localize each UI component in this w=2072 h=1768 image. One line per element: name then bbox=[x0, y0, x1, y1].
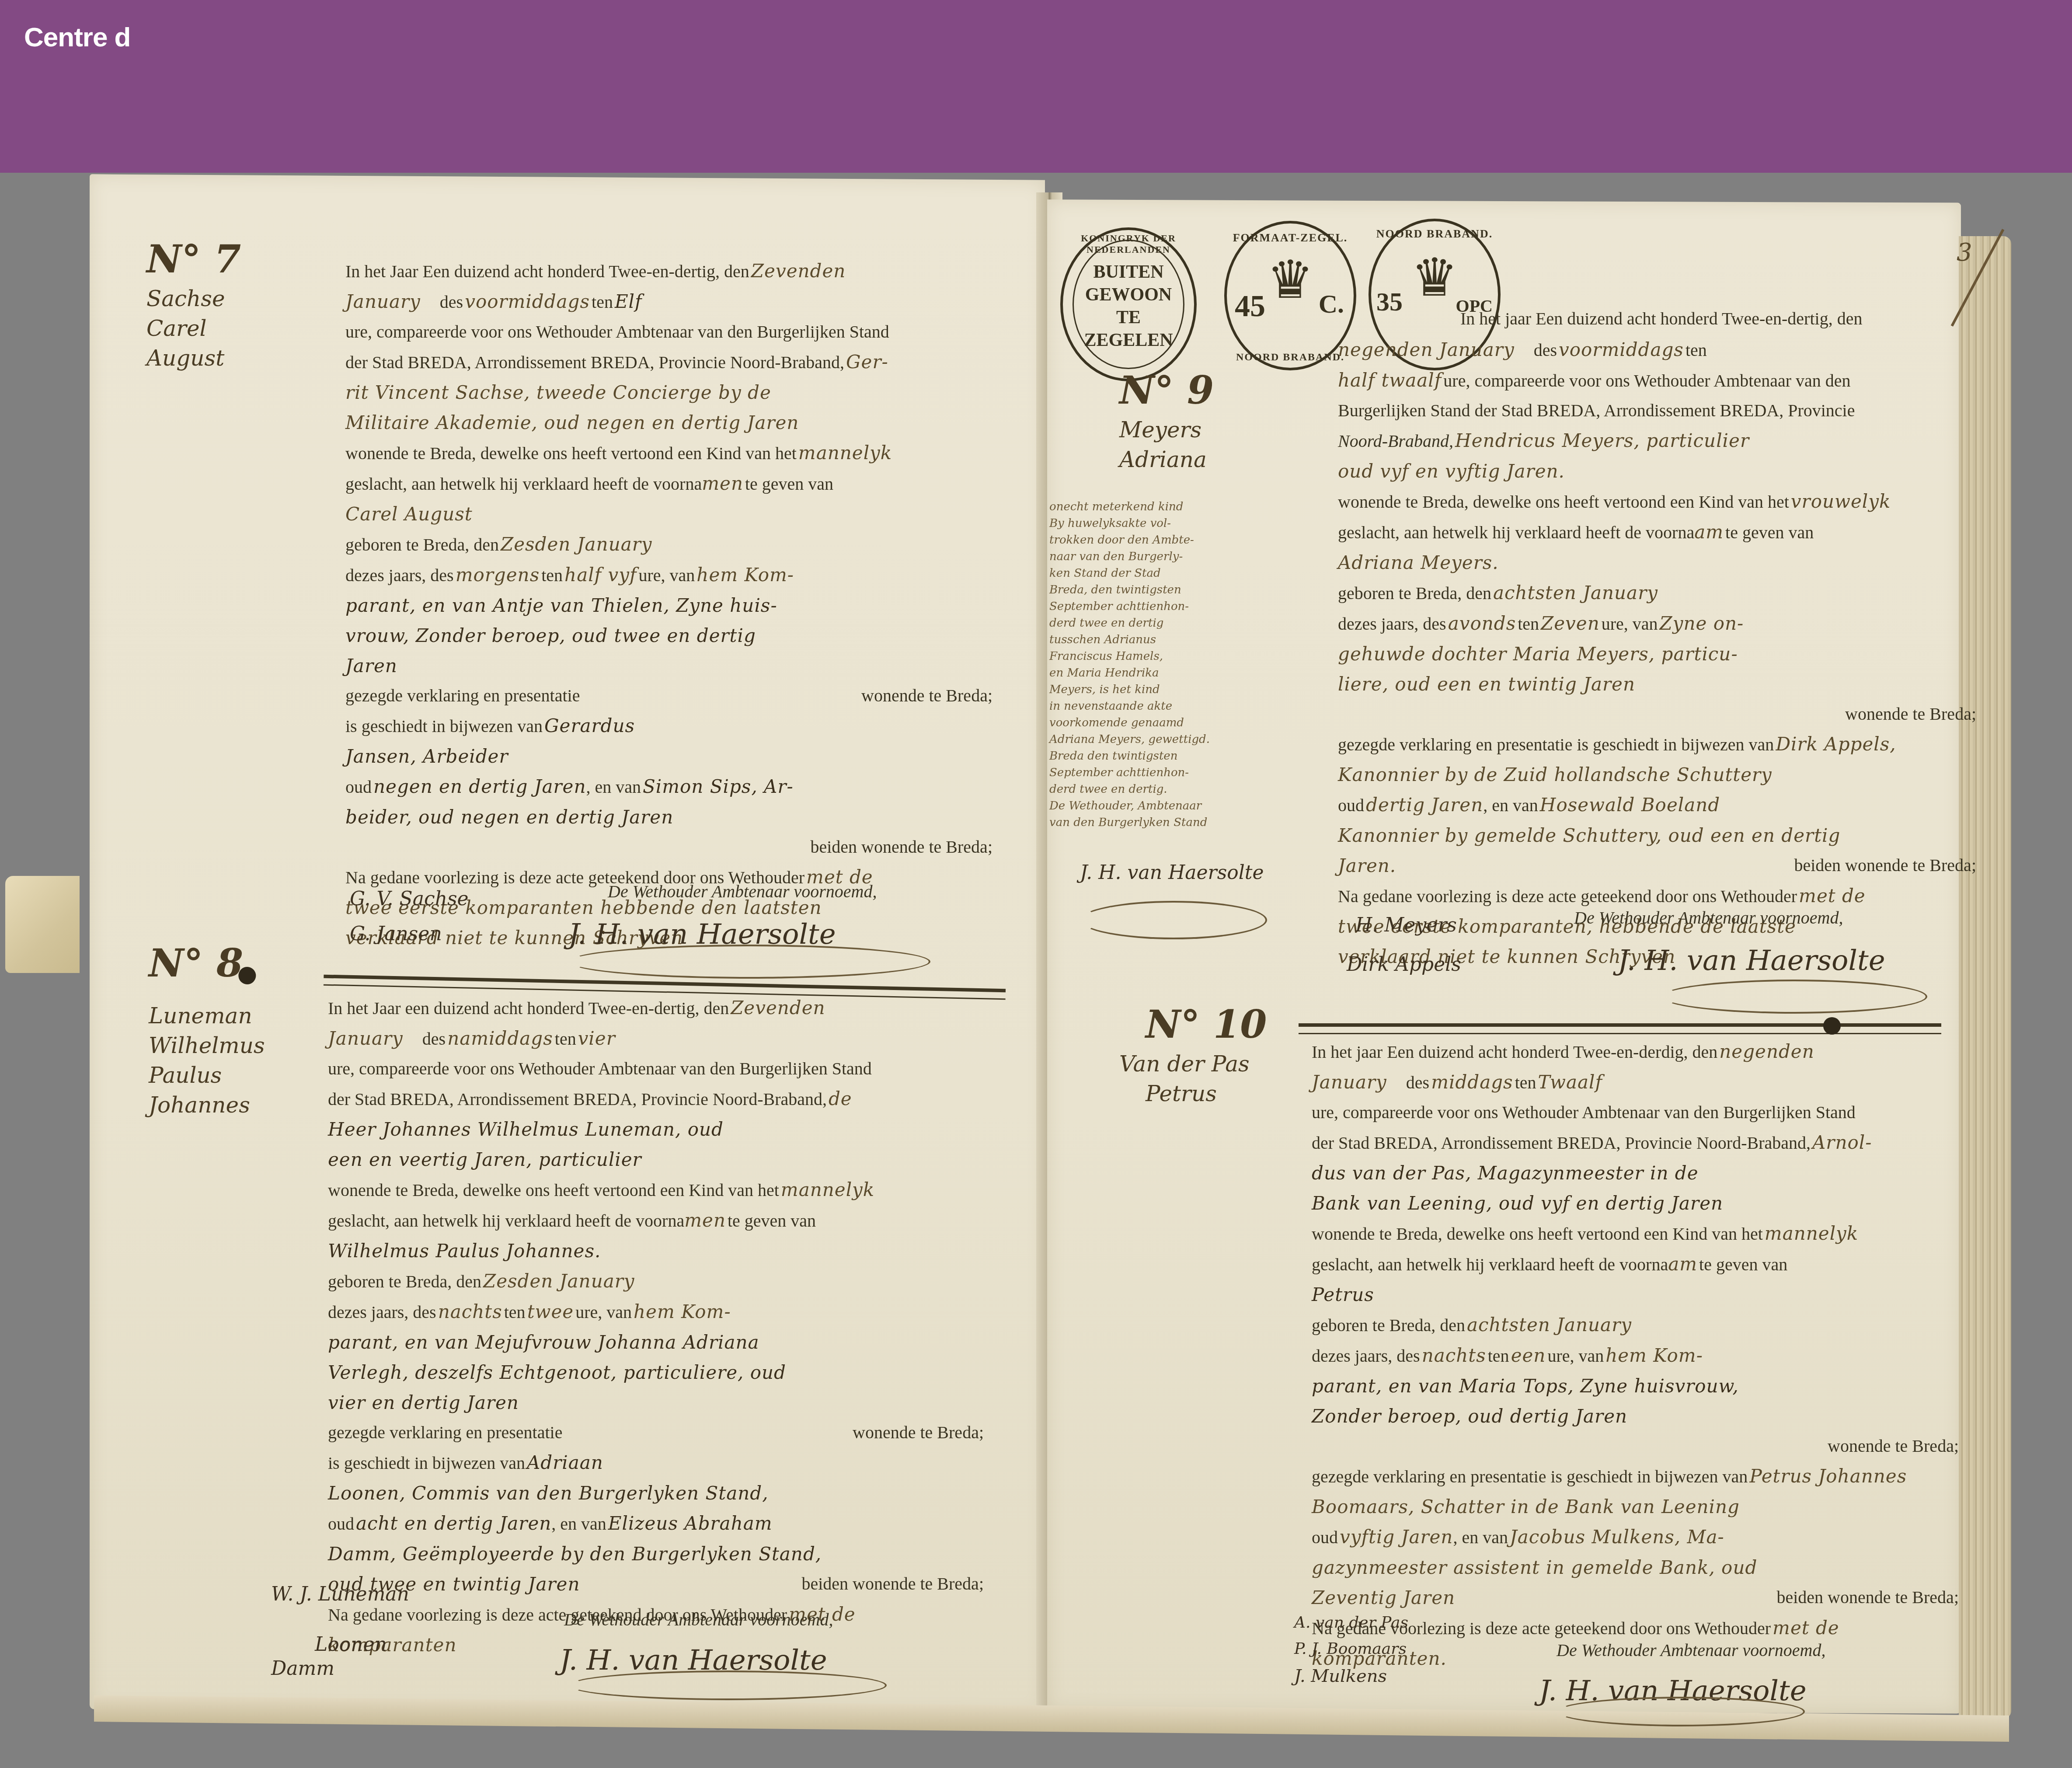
printed-text: ten bbox=[555, 1029, 576, 1049]
printed-text: des bbox=[1534, 340, 1557, 360]
handwritten-text: beider, oud negen en dertig Jaren bbox=[345, 806, 673, 828]
margin-surname: Luneman bbox=[149, 1003, 265, 1029]
printed-text: geboren te Breda, den bbox=[345, 535, 499, 554]
entry-9-header: In het jaar Een duizend acht honderd Twe… bbox=[1460, 308, 1976, 338]
handwritten-text: Kanonnier by de Zuid hollandsche Schutte… bbox=[1338, 764, 1772, 785]
printed-text: wonende te Breda; bbox=[861, 685, 992, 706]
margin-given-name: Adriana bbox=[1119, 447, 1338, 472]
printed-text: geboren te Breda, den bbox=[1312, 1315, 1465, 1335]
printed-text: Na gedane voorlezing is deze acte geteek… bbox=[1338, 886, 1797, 906]
handwritten-text: rit Vincent Sachse, tweede Concierge by … bbox=[345, 382, 771, 403]
printed-text: , en van bbox=[1453, 1527, 1508, 1547]
printed-text: te geven van bbox=[1725, 523, 1814, 542]
handwritten-text: Zeventig Jaren bbox=[1312, 1587, 1455, 1608]
handwritten-text: Zesden January bbox=[483, 1270, 635, 1292]
handwritten-text: vyftig Jaren bbox=[1340, 1526, 1453, 1548]
margin-given-name: Carel bbox=[146, 316, 241, 341]
handwritten-text: met de bbox=[1799, 885, 1866, 907]
stamp-word: TE bbox=[1063, 306, 1194, 329]
book-tab bbox=[5, 876, 80, 973]
handwritten-text: nachts bbox=[438, 1301, 502, 1322]
handwritten-text: Wilhelmus Paulus Johannes. bbox=[328, 1240, 601, 1262]
printed-text: der Stad BREDA, Arrondissement BREDA, Pr… bbox=[345, 352, 844, 372]
margin-given-name: Paulus bbox=[149, 1063, 265, 1088]
printed-text: ure, compareerde voor ons Wethouder Ambt… bbox=[1443, 371, 1850, 391]
printed-text: , en van bbox=[1483, 795, 1538, 815]
printed-text: wonende te Breda; bbox=[853, 1422, 984, 1443]
divider-dot bbox=[1823, 1017, 1841, 1035]
annotation-line: en Maria Hendrika bbox=[1049, 665, 1294, 681]
stamp-value-unit: C. bbox=[1319, 289, 1344, 319]
margin-surname: Sachse bbox=[146, 286, 241, 311]
handwritten-text: Twaalf bbox=[1538, 1071, 1603, 1093]
closing-formula: De Wethouder Ambtenaar voornoemd, bbox=[608, 881, 877, 902]
handwritten-text: negenden bbox=[1719, 1041, 1814, 1062]
signature: A. van der Pas bbox=[1294, 1614, 1408, 1632]
printed-text: Noord-Braband, bbox=[1338, 431, 1453, 451]
handwritten-text: Petrus bbox=[1312, 1284, 1374, 1305]
handwritten-text: Hendricus Meyers, particulier bbox=[1455, 430, 1749, 451]
handwritten-text: Militaire Akademie, oud negen en dertig … bbox=[345, 412, 799, 433]
signature: Dirk Appels bbox=[1347, 953, 1461, 976]
printed-text: dezes jaars, des bbox=[345, 565, 454, 585]
printed-text: des bbox=[440, 292, 463, 312]
annotation-line: Meyers, is het kind bbox=[1049, 681, 1294, 698]
printed-text: ure, compareerde voor ons Wethouder Ambt… bbox=[328, 1059, 872, 1078]
handwritten-text: Heer Johannes Wilhelmus Luneman, oud bbox=[328, 1119, 724, 1140]
printed-text: geslacht, aan hetwelk hij verklaard heef… bbox=[1312, 1255, 1668, 1274]
printed-text: ten bbox=[1518, 614, 1539, 634]
printed-text: geslacht, aan hetwelk hij verklaard heef… bbox=[345, 474, 702, 494]
handwritten-text: Kanonnier by gemelde Schuttery, oud een … bbox=[1338, 825, 1840, 846]
handwritten-text: voormiddags bbox=[465, 291, 590, 312]
annotation-line: derd twee en dertig bbox=[1049, 615, 1294, 631]
printed-text: beiden wonende te Breda; bbox=[1776, 1587, 1959, 1608]
handwritten-text: half twaalf bbox=[1338, 370, 1442, 391]
handwritten-text: Adriana Meyers. bbox=[1338, 552, 1499, 573]
printed-text: wonende te Breda, dewelke ons heeft vert… bbox=[345, 443, 797, 463]
handwritten-text: acht en dertig Jaren bbox=[356, 1513, 551, 1534]
handwritten-text: namiddags bbox=[447, 1028, 553, 1049]
handwritten-text: parant, en van Mejufvrouw Johanna Adrian… bbox=[328, 1332, 759, 1353]
stamp-ring-text: FORMAAT-ZEGEL. bbox=[1227, 231, 1354, 244]
annotation-line: tusschen Adrianus bbox=[1049, 631, 1294, 648]
printed-text: In het Jaar een duizend acht honderd Twe… bbox=[328, 998, 729, 1018]
signature-annotation-official: J. H. van Haersolte bbox=[1080, 861, 1264, 884]
handwritten-text: nachts bbox=[1422, 1345, 1486, 1366]
handwritten-text: parant, en van Antje van Thielen, Zyne h… bbox=[345, 595, 777, 616]
printed-text: dezes jaars, des bbox=[1338, 614, 1446, 634]
signature: H. Meyers bbox=[1355, 914, 1457, 936]
printed-text: In het jaar Een duizend acht honderd Twe… bbox=[1460, 309, 1862, 328]
handwritten-text: Zevenden bbox=[731, 997, 825, 1018]
handwritten-text: Zeven bbox=[1541, 613, 1600, 634]
stamp-ring-text: NOORD BRABAND. bbox=[1371, 227, 1498, 241]
annotation-line: September achttienhon- bbox=[1049, 598, 1294, 615]
handwritten-text: Jansen, Arbeider bbox=[345, 746, 508, 767]
annotation-line: in nevenstaande akte bbox=[1049, 698, 1294, 715]
stamp-formaat-zegel: FORMAAT-ZEGEL. ♛ 45 C. NOORD BRABAND. bbox=[1224, 221, 1356, 370]
signature: Damm bbox=[271, 1657, 334, 1680]
annotation-line: naar van den Burgerly- bbox=[1049, 548, 1294, 565]
printed-text: , en van bbox=[551, 1514, 606, 1534]
handwritten-text: parant, en van Maria Tops, Zyne huisvrou… bbox=[1312, 1375, 1739, 1397]
signature-flourish bbox=[568, 945, 930, 979]
printed-text: beiden wonende te Breda; bbox=[810, 837, 992, 857]
handwritten-text: negen en dertig Jaren bbox=[373, 776, 586, 797]
printed-text: des bbox=[422, 1029, 446, 1049]
printed-text: oud bbox=[1338, 795, 1364, 815]
handwritten-text: voormiddags bbox=[1559, 339, 1684, 360]
handwritten-text: mannelyk bbox=[1765, 1223, 1858, 1244]
printed-text: In het Jaar Een duizend acht honderd Twe… bbox=[345, 262, 749, 281]
handwritten-text: twee bbox=[527, 1301, 574, 1322]
annotation-line: Breda, den twintigsten bbox=[1049, 582, 1294, 598]
handwritten-text: January bbox=[1312, 1071, 1387, 1093]
printed-text: wonende te Breda, dewelke ons heeft vert… bbox=[1338, 492, 1789, 512]
printed-text: ten bbox=[1515, 1073, 1536, 1092]
handwritten-text: Zesden January bbox=[501, 534, 652, 555]
margin-given-name: Petrus bbox=[1146, 1081, 1267, 1106]
entry-7-body: In het Jaar Een duizend acht honderd Twe… bbox=[345, 260, 992, 957]
printed-text: oud bbox=[328, 1514, 354, 1534]
annotation-line: ken Stand der Stad bbox=[1049, 565, 1294, 582]
printed-text: ure, compareerde voor ons Wethouder Ambt… bbox=[1312, 1102, 1856, 1122]
printed-text: Burgerlijken Stand der Stad BREDA, Arron… bbox=[1338, 401, 1855, 420]
printed-text: geboren te Breda, den bbox=[1338, 583, 1491, 603]
handwritten-text: Jaren bbox=[345, 655, 397, 677]
printed-text: gezegde verklaring en presentatie is ges… bbox=[1338, 735, 1774, 754]
printed-text: geslacht, aan hetwelk hij verklaard heef… bbox=[328, 1211, 684, 1231]
stamp-word: BUITEN bbox=[1063, 261, 1194, 283]
printed-text: gezegde verklaring en presentatie is ges… bbox=[1312, 1467, 1748, 1486]
handwritten-text: Arnol- bbox=[1812, 1132, 1872, 1153]
entry-10-margin: N° 10 Van der Pas Petrus bbox=[1146, 1001, 1267, 1106]
crown-crest-icon: ♛ bbox=[1267, 254, 1314, 307]
stamp-ring-text-bottom: NOORD BRABAND. bbox=[1227, 352, 1354, 363]
printed-text: geboren te Breda, den bbox=[328, 1272, 481, 1291]
printed-text: wonende te Breda, dewelke ons heeft vert… bbox=[328, 1180, 779, 1200]
handwritten-text: een bbox=[1511, 1345, 1546, 1366]
handwritten-text: men bbox=[684, 1210, 726, 1231]
entry-9-body: negenden January des voormiddags ten hal… bbox=[1338, 339, 1976, 976]
stamp-ring-text: KONINGRYK DER NEDERLANDEN bbox=[1063, 233, 1194, 255]
stamp-value: 35 bbox=[1376, 287, 1403, 317]
annotation-line: De Wethouder, Ambtenaar bbox=[1049, 798, 1294, 814]
handwritten-text: Damm, Geëmployeerde by den Burgerlyken S… bbox=[328, 1543, 822, 1565]
margin-surname: Van der Pas bbox=[1119, 1051, 1267, 1077]
handwritten-text: gehuwde dochter Maria Meyers, particu- bbox=[1338, 643, 1738, 665]
stamp-value: 45 bbox=[1235, 289, 1265, 324]
handwritten-text: am bbox=[1694, 521, 1724, 543]
annotation-line: van den Burgerlyken Stand bbox=[1049, 814, 1294, 831]
printed-text: In het jaar Een duizend acht honderd Twe… bbox=[1312, 1042, 1717, 1062]
handwritten-text: hem Kom- bbox=[634, 1301, 731, 1322]
stamp-word: ZEGELEN bbox=[1063, 329, 1194, 352]
signature: J. Mulkens bbox=[1294, 1666, 1387, 1686]
handwritten-text: Zevenden bbox=[751, 260, 846, 282]
handwritten-text: vrouwelyk bbox=[1791, 491, 1891, 512]
entry-8-margin: N° 8 Luneman Wilhelmus Paulus Johannes bbox=[149, 940, 265, 1118]
handwritten-text: hem Kom- bbox=[696, 564, 794, 586]
handwritten-text: am bbox=[1668, 1253, 1697, 1275]
entry-divider bbox=[1299, 1023, 1941, 1034]
handwritten-text: een en veertig Jaren, particulier bbox=[328, 1149, 642, 1170]
handwritten-text: mannelyk bbox=[781, 1179, 874, 1200]
handwritten-text: Zonder beroep, oud dertig Jaren bbox=[1312, 1405, 1627, 1427]
handwritten-text: Carel August bbox=[345, 503, 473, 525]
handwritten-text: Elf bbox=[615, 291, 642, 312]
handwritten-text: Hosewald Boeland bbox=[1540, 794, 1720, 816]
crown-crest-icon: ♛ bbox=[1411, 252, 1458, 304]
entry-number: N° 9 bbox=[1119, 367, 1214, 413]
handwritten-text: dertig Jaren bbox=[1366, 794, 1483, 816]
signature: G. V. Sachse bbox=[350, 888, 469, 910]
printed-text: ure, van bbox=[1602, 614, 1658, 634]
signature-flourish bbox=[1080, 901, 1267, 939]
handwritten-text: middags bbox=[1431, 1071, 1513, 1093]
margin-given-name: August bbox=[146, 345, 241, 371]
handwritten-text: January bbox=[345, 291, 421, 312]
entry-number: N° 7 bbox=[146, 236, 241, 282]
annotation-line: onecht meterkend kind bbox=[1049, 499, 1294, 515]
printed-text: oud bbox=[1312, 1527, 1338, 1547]
handwritten-text: achtsten January bbox=[1467, 1314, 1632, 1336]
entry-7-margin: N° 7 Sachse Carel August bbox=[146, 236, 241, 371]
handwritten-text: Gerardus bbox=[544, 715, 635, 736]
handwritten-text: oud vyf en vyftig Jaren. bbox=[1338, 460, 1565, 482]
signature: P. J. Boomaars bbox=[1294, 1640, 1407, 1658]
annotation-line: September achttienhon- bbox=[1049, 764, 1294, 781]
handwritten-text: Simon Sips, Ar- bbox=[643, 776, 794, 797]
printed-text: , en van bbox=[586, 777, 641, 797]
printed-text: der Stad BREDA, Arrondissement BREDA, Pr… bbox=[1312, 1133, 1811, 1153]
legitimation-annotation: onecht meterkend kind By huwelyksakte vo… bbox=[1049, 499, 1294, 831]
handwritten-text: met de bbox=[1773, 1617, 1839, 1639]
margin-surname: Meyers bbox=[1119, 417, 1338, 443]
stamp-center-text: BUITEN GEWOON TE ZEGELEN bbox=[1063, 261, 1194, 352]
printed-text: te geven van bbox=[745, 474, 833, 494]
handwritten-text: achtsten January bbox=[1493, 582, 1658, 603]
printed-text: gezegde verklaring en presentatie bbox=[345, 686, 580, 705]
register-book: N° 7 Sachse Carel August In het Jaar Een… bbox=[0, 0, 2072, 1768]
signature-official: J. H. van Haersolte bbox=[1618, 945, 1885, 977]
handwritten-text: de bbox=[829, 1088, 852, 1109]
printed-text: ure, van bbox=[639, 565, 695, 585]
printed-text: ure, van bbox=[1547, 1346, 1604, 1366]
handwritten-text: January bbox=[328, 1028, 403, 1049]
printed-text: dezes jaars, des bbox=[328, 1302, 436, 1322]
annotation-line: trokken door den Ambte- bbox=[1049, 532, 1294, 548]
printed-text: ten bbox=[592, 292, 613, 312]
handwritten-text: Petrus Johannes bbox=[1749, 1465, 1907, 1487]
handwritten-text: gazynmeester assistent in gemelde Bank, … bbox=[1312, 1557, 1757, 1578]
printed-text: ure, van bbox=[575, 1302, 632, 1322]
handwritten-text: Zyne on- bbox=[1660, 613, 1744, 634]
printed-text: wonende te Breda; bbox=[1828, 1436, 1959, 1456]
entry-10-body: In het jaar Een duizend acht honderd Twe… bbox=[1312, 1041, 1959, 1678]
printed-text: te geven van bbox=[1699, 1255, 1787, 1274]
printed-text: ten bbox=[504, 1302, 526, 1322]
printed-text: ten bbox=[1685, 340, 1707, 360]
entry-number: N° 10 bbox=[1146, 1001, 1267, 1047]
handwritten-text: Jacobus Mulkens, Ma- bbox=[1510, 1526, 1724, 1548]
handwritten-text: Adriaan bbox=[527, 1452, 603, 1473]
printed-text: ten bbox=[541, 565, 563, 585]
printed-text: der Stad BREDA, Arrondissement BREDA, Pr… bbox=[328, 1089, 827, 1109]
printed-text: is geschiedt in bijwezen van bbox=[345, 716, 543, 736]
signature: G. Jansen bbox=[350, 923, 442, 945]
entry-8-body: In het Jaar een duizend acht honderd Twe… bbox=[328, 997, 984, 1664]
handwritten-text: Elizeus Abraham bbox=[608, 1513, 773, 1534]
handwritten-text: Verlegh, deszelfs Echtgenoot, particulie… bbox=[328, 1362, 786, 1383]
handwritten-text: vier bbox=[578, 1028, 616, 1049]
margin-given-name: Wilhelmus bbox=[149, 1033, 265, 1058]
printed-text: dezes jaars, des bbox=[1312, 1346, 1420, 1366]
margin-given-name: Johannes bbox=[149, 1092, 265, 1118]
printed-text: wonende te Breda, dewelke ons heeft vert… bbox=[1312, 1224, 1763, 1244]
printed-text: des bbox=[1406, 1073, 1429, 1092]
stamp-buitengewoon: KONINGRYK DER NEDERLANDEN BUITEN GEWOON … bbox=[1060, 227, 1197, 381]
signature-flourish bbox=[1661, 980, 1927, 1014]
entry-9-margin: N° 9 Meyers Adriana bbox=[1119, 367, 1338, 472]
printed-text: beiden wonende te Breda; bbox=[1794, 855, 1976, 876]
folio-number: 3 bbox=[1957, 238, 1972, 267]
annotation-line: Breda den twintigsten bbox=[1049, 748, 1294, 764]
closing-formula: De Wethouder Ambtenaar voornoemd, bbox=[564, 1609, 833, 1630]
printed-text: ten bbox=[1488, 1346, 1509, 1366]
printed-text: te geven van bbox=[728, 1211, 816, 1231]
handwritten-text: negenden January bbox=[1338, 339, 1515, 360]
annotation-line: By huwelyksakte vol- bbox=[1049, 515, 1294, 532]
handwritten-text: hem Kom- bbox=[1605, 1345, 1703, 1366]
printed-text: geslacht, aan hetwelk hij verklaard heef… bbox=[1338, 523, 1694, 542]
handwritten-text: half vyf bbox=[564, 564, 637, 586]
printed-text: oud bbox=[345, 777, 372, 797]
printed-text: is geschiedt in bijwezen van bbox=[328, 1453, 525, 1473]
handwritten-text: liere, oud een en twintig Jaren bbox=[1338, 673, 1635, 695]
stamp-word: GEWOON bbox=[1063, 283, 1194, 306]
handwritten-text: morgens bbox=[456, 564, 540, 586]
annotation-line: voorkomende genaamd bbox=[1049, 715, 1294, 731]
printed-text: wonende te Breda; bbox=[1845, 704, 1976, 724]
handwritten-text: mannelyk bbox=[798, 442, 892, 464]
annotation-line: derd twee en dertig. bbox=[1049, 781, 1294, 798]
entry-number: N° 8 bbox=[149, 940, 243, 986]
handwritten-text: Bank van Leening, oud vyf en dertig Jare… bbox=[1312, 1193, 1723, 1214]
handwritten-text: Dirk Appels, bbox=[1776, 733, 1896, 755]
signature: Loonen bbox=[315, 1633, 387, 1656]
printed-text: gezegde verklaring en presentatie bbox=[328, 1423, 562, 1442]
handwritten-text: Loonen, Commis van den Burgerlyken Stand… bbox=[328, 1482, 769, 1504]
signature: W. J. Luneman bbox=[271, 1583, 409, 1605]
handwritten-text: dus van der Pas, Magazynmeester in de bbox=[1312, 1162, 1699, 1184]
printed-text: ure, compareerde voor ons Wethouder Ambt… bbox=[345, 322, 889, 342]
handwritten-text: Jaren. bbox=[1338, 855, 1396, 876]
handwritten-text: men bbox=[702, 473, 743, 494]
handwritten-text: Ger- bbox=[846, 351, 888, 373]
handwritten-text: avonds bbox=[1448, 613, 1516, 634]
annotation-line: Franciscus Hamels, bbox=[1049, 648, 1294, 665]
signature-flourish bbox=[568, 1670, 887, 1700]
annotation-line: Adriana Meyers, gewettigd. bbox=[1049, 731, 1294, 748]
closing-formula: De Wethouder Ambtenaar voornoemd, bbox=[1557, 1640, 1825, 1660]
handwritten-text: vrouw, Zonder beroep, oud twee en dertig bbox=[345, 625, 756, 646]
signature-flourish bbox=[1557, 1697, 1805, 1726]
closing-formula: De Wethouder Ambtenaar voornoemd, bbox=[1574, 907, 1843, 928]
printed-text: beiden wonende te Breda; bbox=[801, 1573, 984, 1594]
handwritten-text: vier en dertig Jaren bbox=[328, 1392, 519, 1413]
handwritten-text: Boomaars, Schatter in de Bank van Leenin… bbox=[1312, 1496, 1740, 1517]
